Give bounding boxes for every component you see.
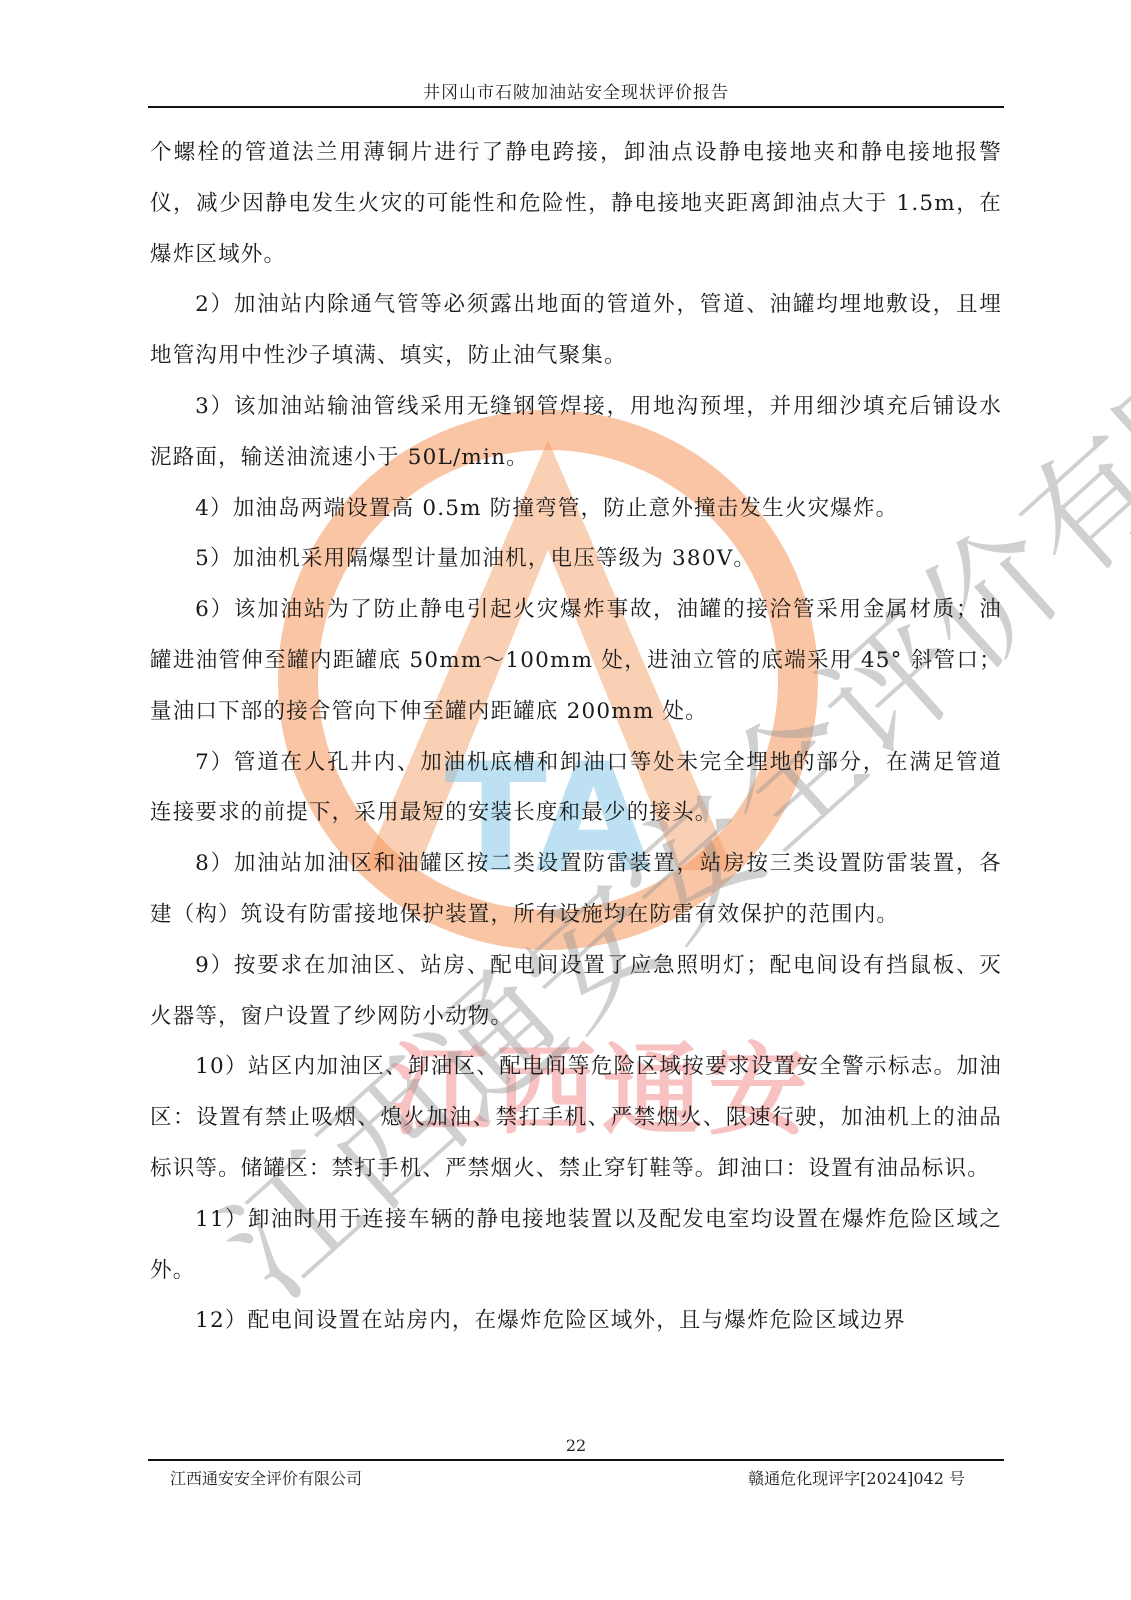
document-body: 个螺栓的管道法兰用薄铜片进行了静电跨接，卸油点设静电接地夹和静电接地报警仪，减少… bbox=[150, 128, 1002, 1347]
paragraph-11: 11）卸油时用于连接车辆的静电接地装置以及配发电室均设置在爆炸危险区域之外。 bbox=[150, 1195, 1002, 1297]
paragraph-3: 3）该加油站输油管线采用无缝钢管焊接，用地沟预埋，并用细沙填充后铺设水泥路面，输… bbox=[150, 382, 1002, 484]
header-divider bbox=[148, 106, 1004, 108]
footer-company: 江西通安安全评价有限公司 bbox=[170, 1466, 362, 1489]
paragraph-12: 12）配电间设置在站房内，在爆炸危险区域外，且与爆炸危险区域边界 bbox=[150, 1296, 1002, 1347]
page-header-title: 井冈山市石陂加油站安全现状评价报告 bbox=[148, 78, 1004, 103]
paragraph-7: 7）管道在人孔井内、加油机底槽和卸油口等处未完全埋地的部分，在满足管道连接要求的… bbox=[150, 738, 1002, 840]
paragraph-5: 5）加油机采用隔爆型计量加油机，电压等级为 380V。 bbox=[150, 534, 1002, 585]
paragraph-1: 个螺栓的管道法兰用薄铜片进行了静电跨接，卸油点设静电接地夹和静电接地报警仪，减少… bbox=[150, 128, 1002, 280]
paragraph-9: 9）按要求在加油区、站房、配电间设置了应急照明灯；配电间设有挡鼠板、灭火器等，窗… bbox=[150, 941, 1002, 1043]
paragraph-8: 8）加油站加油区和油罐区按二类设置防雷装置，站房按三类设置防雷装置，各建（构）筑… bbox=[150, 839, 1002, 941]
page-number: 22 bbox=[148, 1436, 1004, 1455]
footer-doc-code: 赣通危化现评字[2024]042 号 bbox=[748, 1466, 965, 1489]
paragraph-10: 10）站区内加油区、卸油区、配电间等危险区域按要求设置安全警示标志。加油区：设置… bbox=[150, 1042, 1002, 1194]
paragraph-6: 6）该加油站为了防止静电引起火灾爆炸事故，油罐的接洽管采用金属材质；油罐进油管伸… bbox=[150, 585, 1002, 737]
paragraph-4: 4）加油岛两端设置高 0.5m 防撞弯管，防止意外撞击发生火灾爆炸。 bbox=[150, 484, 1002, 535]
paragraph-2: 2）加油站内除通气管等必须露出地面的管道外，管道、油罐均埋地敷设，且埋地管沟用中… bbox=[150, 280, 1002, 382]
footer-divider bbox=[148, 1459, 1004, 1461]
